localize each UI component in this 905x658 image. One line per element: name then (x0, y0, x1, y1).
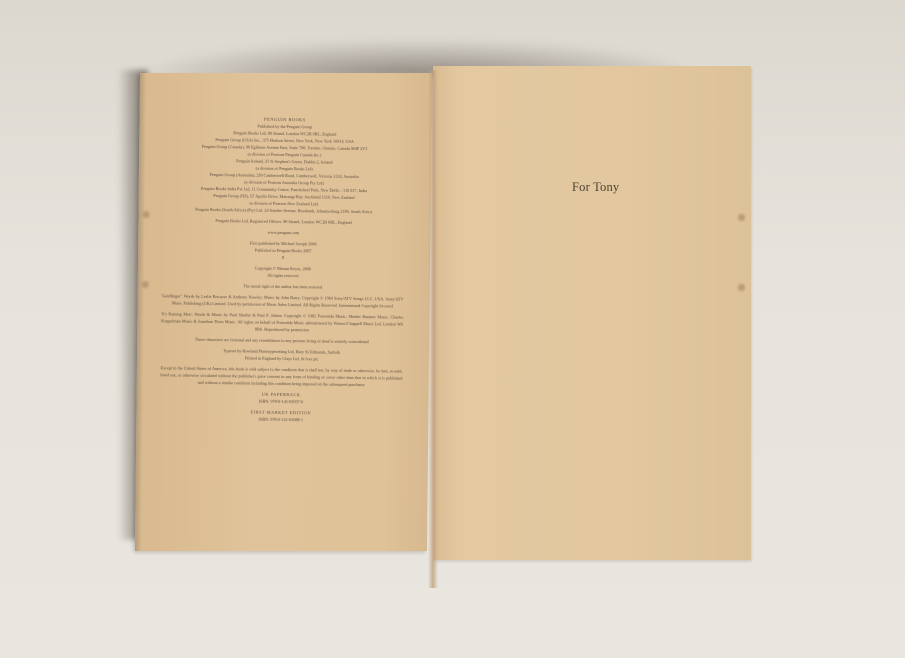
page-mark (738, 214, 745, 221)
page-mark (142, 281, 149, 288)
permissions-raining-men: 'It's Raining Men': Words & Music by Pau… (157, 310, 407, 334)
right-page (433, 66, 751, 560)
fiction-notice: These characters are fictional and any r… (157, 335, 407, 345)
website: www.penguin.com (158, 227, 408, 237)
copyright-page-text: PENGUIN BOOKS Published by the Penguin G… (156, 114, 410, 428)
sale-conditions: Except in the United States of America, … (156, 364, 406, 388)
moral-rights: The moral right of the author has been a… (158, 281, 408, 291)
page-mark (738, 284, 745, 291)
registered-office: Penguin Books Ltd, Registered Offices: 8… (158, 216, 408, 226)
open-book: PENGUIN BOOKS Published by the Penguin G… (0, 0, 905, 658)
permissions-goldfinger: 'Goldfinger': Words by Leslie Bricusse &… (157, 292, 407, 309)
dedication: For Tony (572, 180, 619, 195)
book-gutter (428, 70, 438, 588)
page-mark (142, 211, 149, 218)
